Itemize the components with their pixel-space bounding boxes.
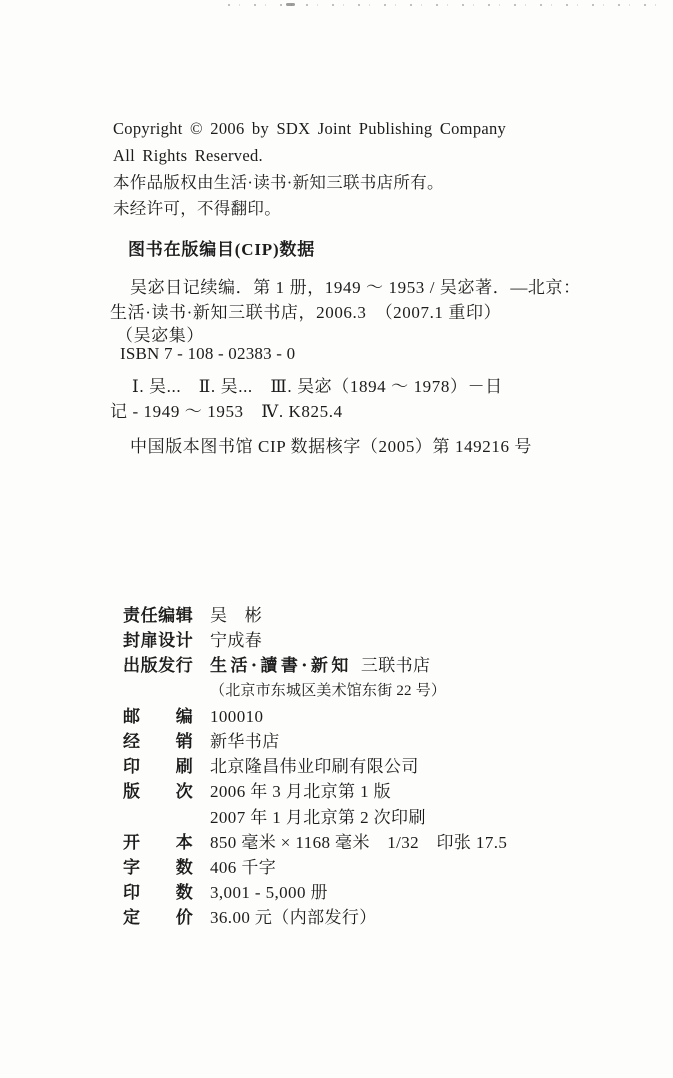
rights-reserved-line: All Rights Reserved. <box>113 143 506 170</box>
colophon-row-print-run: 印 数 3,001 - 5,000 册 <box>123 880 507 905</box>
colophon-label: 责任编辑 <box>123 603 193 628</box>
colophon-label: 印 刷 <box>123 754 193 779</box>
colophon-value: 850 毫米 × 1168 毫米 1/32 印张 17.5 <box>210 830 507 855</box>
colophon-label: 字 数 <box>123 855 193 880</box>
colophon-label: 邮 编 <box>123 704 193 729</box>
colophon-value: 2006 年 3 月北京第 1 版 <box>210 779 391 804</box>
cip-record-number-line: 中国版本图书馆 CIP 数据核字（2005）第 149216 号 <box>130 432 532 457</box>
colophon-row-edition: 版 次 2006 年 3 月北京第 1 版 <box>123 779 507 804</box>
colophon-row-price: 定 价 36.00 元（内部发行） <box>123 905 507 930</box>
copyright-page: Copyright © 2006 by SDX Joint Publishing… <box>0 0 673 1078</box>
colophon-row-editor: 责任编辑 吴 彬 <box>123 603 507 628</box>
colophon-row-format: 开 本 850 毫米 × 1168 毫米 1/32 印张 17.5 <box>123 830 507 855</box>
colophon-value: 100010 <box>210 704 263 729</box>
colophon-label: 开 本 <box>123 830 193 855</box>
colophon-label: 封扉设计 <box>123 628 193 653</box>
colophon-value: 北京隆昌伟业印刷有限公司 <box>210 754 419 779</box>
cip-classification-line-2: 记 - 1949 ～ 1953 Ⅳ. K825.4 <box>110 397 343 422</box>
cip-entry-line-2: 生活·读书·新知三联书店，2006.3 （2007.1 重印） <box>110 298 501 323</box>
colophon-label: 印 数 <box>123 880 193 905</box>
colophon-row-cover-design: 封扉设计 宁成春 <box>123 628 507 653</box>
scan-speck <box>286 3 295 6</box>
publisher-name: 三联书店 <box>361 656 431 675</box>
publisher-address: （北京市东城区美术馆东街 22 号） <box>210 679 446 704</box>
colophon: 责任编辑 吴 彬 封扉设计 宁成春 出版发行 生活·讀書·新知三联书店 （北京市… <box>123 603 507 930</box>
colophon-row-publisher: 出版发行 生活·讀書·新知三联书店 <box>123 653 507 678</box>
cip-entry-line-1: 吴宓日记续编．第 1 册，1949 ～ 1953 / 吴宓著．—北京： <box>130 273 581 298</box>
copyright-line-chinese: 本作品版权由生活·读书·新知三联书店所有。 <box>113 170 506 197</box>
colophon-value: 宁成春 <box>210 628 262 653</box>
colophon-label: 出版发行 <box>123 653 193 678</box>
cip-classification-line-1: Ⅰ. 吴... Ⅱ. 吴... Ⅲ. 吴宓（1894 ～ 1978）－日 <box>132 372 503 397</box>
colophon-row-postcode: 邮 编 100010 <box>123 704 507 729</box>
colophon-label: 经 销 <box>123 729 193 754</box>
cip-series-note: （吴宓集） <box>116 321 204 346</box>
copyright-line-english: Copyright © 2006 by SDX Joint Publishing… <box>113 116 506 143</box>
colophon-row-printer: 印 刷 北京隆昌伟业印刷有限公司 <box>123 754 507 779</box>
cip-heading: 图书在版编目(CIP)数据 <box>128 235 315 260</box>
no-reprint-line: 未经许可，不得翻印。 <box>113 196 506 223</box>
colophon-row-word-count: 字 数 406 千字 <box>123 855 507 880</box>
colophon-value: 吴 彬 <box>210 603 262 628</box>
copyright-block: Copyright © 2006 by SDX Joint Publishing… <box>113 116 506 223</box>
colophon-row-address: （北京市东城区美术馆东街 22 号） <box>123 679 507 704</box>
isbn-line: ISBN 7 - 108 - 02383 - 0 <box>120 344 295 364</box>
colophon-row-printing: 2007 年 1 月北京第 2 次印刷 <box>123 805 507 830</box>
scan-artifact-strip <box>228 4 664 6</box>
colophon-value: 3,001 - 5,000 册 <box>210 880 328 905</box>
colophon-value: 2007 年 1 月北京第 2 次印刷 <box>210 805 426 830</box>
colophon-label: 版 次 <box>123 779 193 804</box>
colophon-value: 新华书店 <box>210 729 280 754</box>
colophon-value: 406 千字 <box>210 855 276 880</box>
colophon-row-distributor: 经 销 新华书店 <box>123 729 507 754</box>
colophon-value: 36.00 元（内部发行） <box>210 905 377 930</box>
colophon-label: 定 价 <box>123 905 193 930</box>
publisher-logotype: 生活·讀書·新知 <box>210 656 352 676</box>
colophon-value: 生活·讀書·新知三联书店 <box>210 653 430 679</box>
